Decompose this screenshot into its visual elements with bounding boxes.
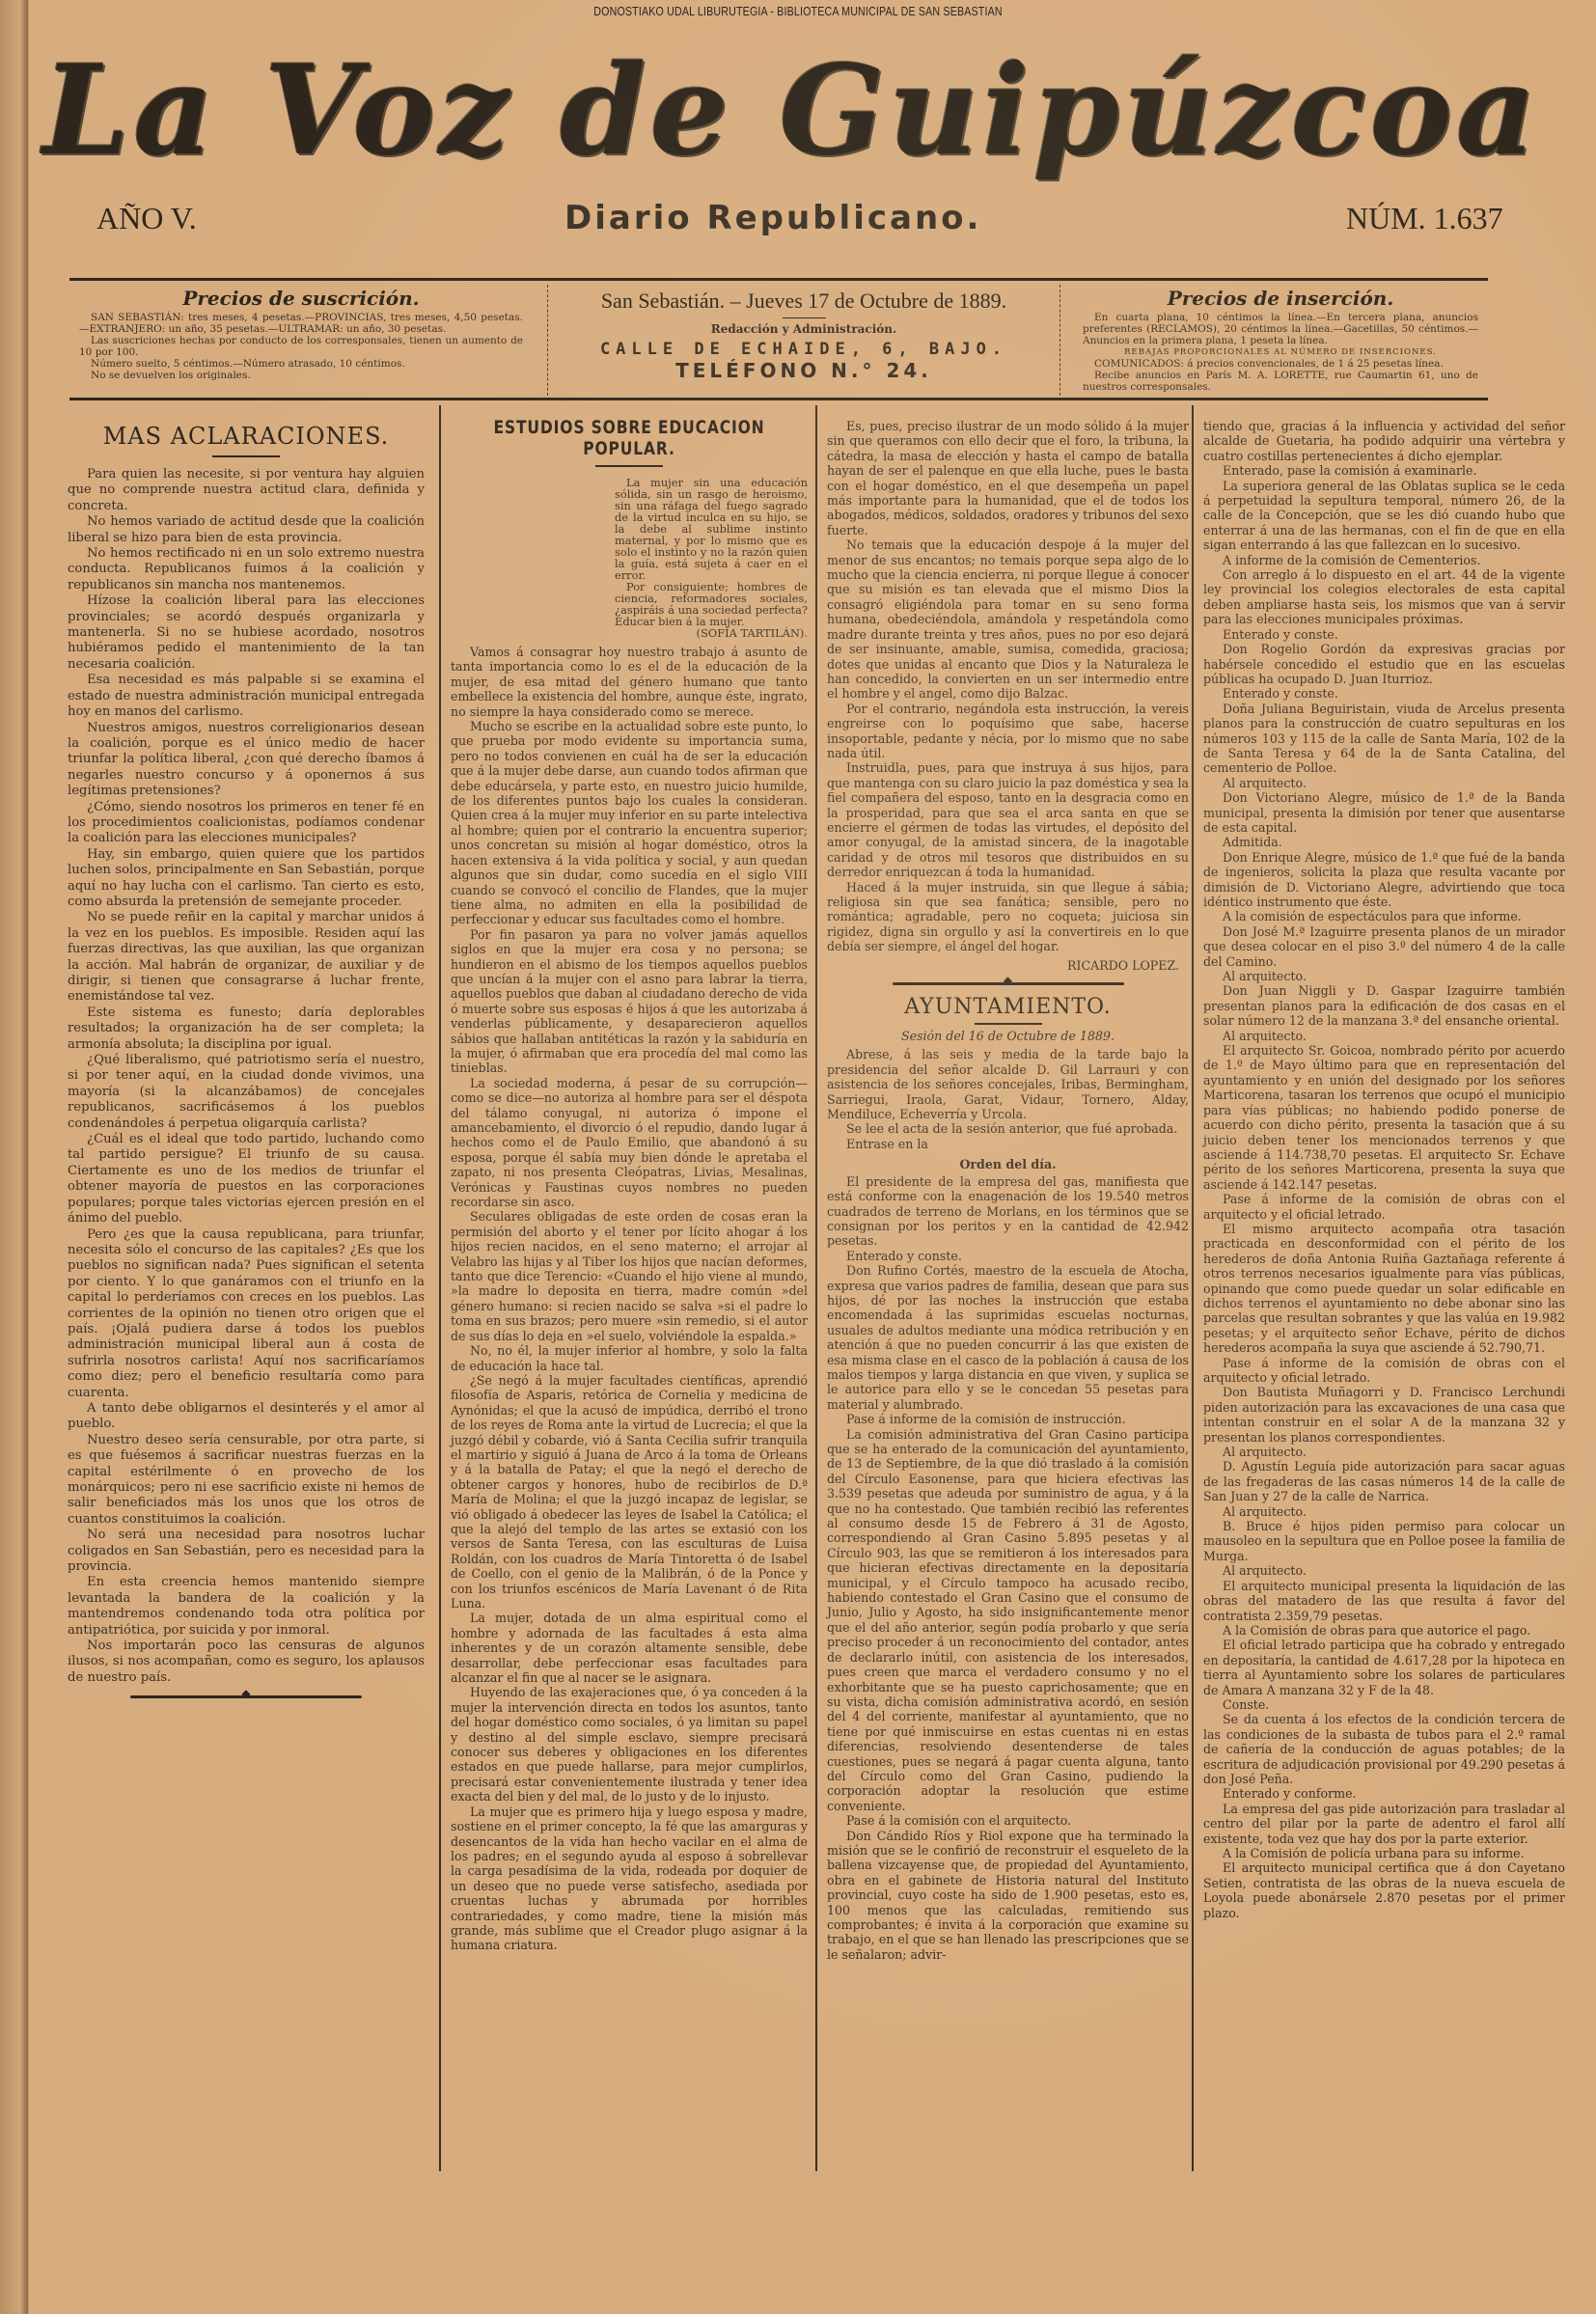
paragraph: A la Comisión de obras para que autorice… [1203, 1623, 1565, 1638]
header-rule-bottom [69, 398, 1488, 400]
subscription-line: Las suscriciones hechas por conducto de … [79, 335, 523, 358]
paragraph: ¿Se negó á la mujer facultades científic… [451, 1373, 808, 1612]
paragraph: Pase á informe de la comisión de obras c… [1203, 1356, 1565, 1386]
paragraph: No, no él, la mujer inferior al hombre, … [451, 1343, 808, 1373]
paragraph: El oficial letrado participa que ha cobr… [1203, 1638, 1565, 1697]
paragraph: Don Rufino Cortés, maestro de la escuela… [827, 1263, 1189, 1412]
issue-number: NÚM. 1.637 [1346, 201, 1503, 236]
epigraph: La mujer sin una educación sólida, sin u… [615, 477, 808, 639]
paragraph: Pero ¿es que la causa republicana, para … [68, 1227, 425, 1401]
paragraph: No será una necesidad para nosotros luch… [68, 1528, 425, 1575]
subscription-line: SAN SEBASTIÁN: tres meses, 4 pesetas.—PR… [79, 312, 523, 335]
paragraph: La mujer que es primero hija y luego esp… [451, 1804, 808, 1953]
paragraph: ¿Qué liberalismo, qué patriotismo sería … [68, 1053, 425, 1132]
paragraph: Por el contrario, negándola esta instruc… [827, 702, 1189, 761]
article-signature: RICARDO LOPEZ. [827, 958, 1179, 973]
insertion-line: Recibe anuncios en París M. A. LORETTE, … [1083, 370, 1478, 393]
paragraph: Instruidla, pues, para que instruya á su… [827, 760, 1189, 879]
paragraph: Don Enrique Alegre, músico de 1.ª que fu… [1203, 850, 1565, 910]
paragraph: Don Victoriano Alegre, músico de 1.ª de … [1203, 790, 1565, 835]
paragraph: Seculares obligadas de este orden de cos… [451, 1209, 808, 1343]
session-date: Sesión del 16 de Octubre de 1889. [827, 1029, 1189, 1043]
insertion-box: Precios de inserción. En cuarta plana, 1… [1073, 285, 1488, 396]
paragraph: Enterado, pase la comisión á examinarle. [1203, 463, 1565, 478]
paragraph: Mucho se escribe en la actualidad sobre … [451, 719, 808, 927]
paragraph: Hízose la coalición liberal para las ele… [68, 593, 425, 673]
article-title: ESTUDIOS SOBRE EDUCACION POPULAR. [482, 417, 775, 459]
paragraph: El arquitecto municipal presenta la liqu… [1203, 1579, 1565, 1623]
info-row: Precios de suscrición. SAN SEBASTIÁN: tr… [69, 285, 1488, 396]
redaccion-label: Redacción y Administración. [548, 322, 1059, 336]
article-title: MAS ACLARACIONES. [68, 423, 425, 450]
paragraph: Al arquitecto. [1203, 1445, 1565, 1459]
paragraph: El arquitecto municipal certifica que á … [1203, 1860, 1565, 1920]
year-label: AÑO V. [96, 201, 197, 236]
paragraph: Abrese, á las seis y media de la tarde b… [827, 1047, 1189, 1121]
paragraph: A la comisión de espectáculos para que i… [1203, 909, 1565, 923]
paragraph: Al arquitecto. [1203, 776, 1565, 790]
subscription-line: No se devuelven los originales. [79, 370, 523, 381]
paragraph: Enterado y conste. [827, 1249, 1189, 1263]
paragraph: No temais que la educación despoje á la … [827, 537, 1189, 701]
header-rule-top [69, 278, 1488, 281]
session-intro: Abrese, á las seis y media de la tarde b… [827, 1047, 1189, 1151]
epigraph-paragraph: La mujer sin una educación sólida, sin u… [615, 477, 808, 581]
insertion-heading: Precios de inserción. [1073, 287, 1488, 310]
divider [212, 455, 280, 457]
paragraph: D. Agustín Leguía pide autorización para… [1203, 1459, 1565, 1503]
paragraph: Nuestros amigos, nuestros correligionari… [68, 721, 425, 800]
paragraph: Nos importarán poco las censuras de algu… [68, 1639, 425, 1686]
paragraph: Para quien las necesite, si por ventura … [68, 467, 425, 514]
divider [975, 1023, 1042, 1025]
masthead: La Voz de Guipúzcoa [39, 39, 1544, 183]
paragraph: Entrase en la [827, 1137, 1189, 1151]
insertion-text: En cuarta plana, 10 céntimos la línea.—E… [1073, 312, 1488, 393]
archive-label: DONOSTIAKO UDAL LIBURUTEGIA - BIBLIOTECA… [144, 4, 1452, 18]
paragraph: Haced á la mujer instruida, sin que lleg… [827, 880, 1189, 954]
address: CALLE DE ECHAIDE, 6, BAJO. [548, 340, 1059, 359]
paragraph: No hemos variado de actitud desde que la… [68, 514, 425, 546]
paragraph: Es, pues, preciso ilustrar de un modo só… [827, 419, 1189, 537]
session-body: El presidente de la empresa del gas, man… [827, 1174, 1189, 1963]
paragraph: Este sistema es funesto; daría deplorabl… [68, 1005, 425, 1053]
article-columns: MAS ACLARACIONES. Para quien las necesit… [48, 405, 1573, 2239]
paragraph: Esa necesidad es más palpable si se exam… [68, 673, 425, 720]
paragraph: Pase á informe de la comisión de obras c… [1203, 1192, 1565, 1222]
paragraph: tiendo que, gracias á la influencia y ac… [1203, 419, 1565, 463]
paragraph: Se da cuenta á los efectos de la condici… [1203, 1712, 1565, 1786]
ornament-divider [130, 1695, 362, 1698]
phone: TELÉFONO N.° 24. [548, 359, 1059, 382]
paragraph: No se puede reñir en la capital y marcha… [68, 910, 425, 1005]
paragraph: Hay, sin embargo, quien quiere que los p… [68, 847, 425, 911]
newspaper-title: La Voz de Guipúzcoa [39, 39, 1544, 183]
paragraph: No hemos rectificado ni en un solo extre… [68, 546, 425, 593]
paragraph: La mujer, dotada de un alma espiritual c… [451, 1611, 808, 1685]
paragraph: Por fin pasaron ya para no volver jamás … [451, 927, 808, 1076]
paragraph: A tanto debe obligarnos el desinterés y … [68, 1401, 425, 1433]
paragraph: Se lee el acta de la sesión anterior, qu… [827, 1121, 1189, 1136]
article-body: Para quien las necesite, si por ventura … [68, 467, 425, 1686]
paragraph: Don Cándido Ríos y Riol expone que ha te… [827, 1829, 1189, 1963]
paragraph: Vamos á consagrar hoy nuestro trabajo á … [451, 645, 808, 719]
paragraph: Pase á la comisión con el arquitecto. [827, 1813, 1189, 1828]
page-spine-edge [0, 0, 29, 2314]
epigraph-paragraph: Por consiguiente; hombres de ciencia, re… [615, 581, 808, 627]
paragraph: Con arreglo á lo dispuesto en el art. 44… [1203, 567, 1565, 627]
paragraph: Conste. [1203, 1697, 1565, 1712]
column-4: tiendo que, gracias á la influencia y ac… [1192, 405, 1565, 2171]
paragraph: Enterado y conste. [1203, 686, 1565, 701]
insertion-line: REBAJAS PROPORCIONALES AL NÚMERO DE INSE… [1083, 346, 1478, 358]
paragraph: B. Bruce é hijos piden permiso para colo… [1203, 1519, 1565, 1563]
center-info-box: San Sebastián. – Jueves 17 de Octubre de… [547, 285, 1060, 396]
article-title: AYUNTAMIENTO. [827, 995, 1189, 1019]
paragraph: En esta creencia hemos mantenido siempre… [68, 1575, 425, 1639]
paragraph: A informe de la comisión de Cementerios. [1203, 553, 1565, 567]
divider [595, 465, 663, 467]
paragraph: Admitida. [1203, 835, 1565, 849]
paragraph: ¿Cuál es el ideal que todo partido, luch… [68, 1132, 425, 1226]
paragraph: Al arquitecto. [1203, 969, 1565, 983]
paragraph: Enterado y conste. [1203, 627, 1565, 642]
paragraph: Pase á informe de la comisión de instruc… [827, 1412, 1189, 1426]
paragraph: Don Rogelio Gordón da expresivas gracias… [1203, 642, 1565, 686]
insertion-line: En cuarta plana, 10 céntimos la línea.—E… [1083, 312, 1478, 346]
column-1: MAS ACLARACIONES. Para quien las necesit… [68, 405, 425, 2171]
paragraph: Al arquitecto. [1203, 1504, 1565, 1519]
paragraph: Don Juan Niggli y D. Gaspar Izaguirre ta… [1203, 983, 1565, 1028]
paragraph: La superiora general de las Oblatas supl… [1203, 479, 1565, 553]
paragraph: La empresa del gas pide autorización par… [1203, 1802, 1565, 1846]
masthead-meta-row: AÑO V. Diario Republicano. NÚM. 1.637 [0, 201, 1596, 249]
article-body: Vamos á consagrar hoy nuestro trabajo á … [451, 645, 808, 1953]
paragraph: El mismo arquitecto acompaña otra tasaci… [1203, 1222, 1565, 1356]
paragraph: Nuestro deseo sería censurable, por otra… [68, 1433, 425, 1528]
insertion-line: COMUNICADOS: á precios convencionales, d… [1083, 358, 1478, 370]
paragraph: Doña Juliana Beguiristain, viuda de Arce… [1203, 702, 1565, 776]
subscription-text: SAN SEBASTIÁN: tres meses, 4 pesetas.—PR… [69, 312, 533, 381]
column-3: Es, pues, preciso ilustrar de un modo só… [815, 405, 1189, 2171]
paragraph: Don José M.ª Izaguirre presenta planos d… [1203, 924, 1565, 969]
paragraph: El presidente de la empresa del gas, man… [827, 1174, 1189, 1249]
paragraph: Enterado y conforme. [1203, 1786, 1565, 1801]
paragraph: Al arquitecto. [1203, 1029, 1565, 1043]
paragraph: Al arquitecto. [1203, 1563, 1565, 1578]
paragraph: La sociedad moderna, á pesar de su corru… [451, 1076, 808, 1210]
orden-del-dia-heading: Orden del día. [827, 1157, 1189, 1171]
paragraph: El arquitecto Sr. Goicoa, nombrado périt… [1203, 1043, 1565, 1192]
divider [783, 317, 826, 318]
paragraph: ¿Cómo, siendo nosotros los primeros en t… [68, 800, 425, 847]
paragraph: La comisión administrativa del Gran Casi… [827, 1427, 1189, 1814]
column-2: ESTUDIOS SOBRE EDUCACION POPULAR. La muj… [439, 405, 808, 2171]
paragraph: A la Comisión de policía urbana para su … [1203, 1846, 1565, 1860]
ornament-divider [893, 982, 1124, 985]
subscription-box: Precios de suscrición. SAN SEBASTIÁN: tr… [69, 285, 533, 396]
subscription-heading: Precios de suscrición. [69, 287, 533, 310]
epigraph-author: (SOFÍA TARTILÁN). [615, 627, 808, 639]
session-body-continued: tiendo que, gracias á la influencia y ac… [1203, 419, 1565, 1920]
paragraph: Don Bautista Muñagorri y D. Francisco Le… [1203, 1385, 1565, 1445]
article-body-continued: Es, pues, preciso ilustrar de un modo só… [827, 419, 1189, 954]
newspaper-subtitle: Diario Republicano. [564, 199, 981, 237]
subscription-line: Número suelto, 5 céntimos.—Número atrasa… [79, 358, 523, 370]
publication-date: San Sebastián. – Jueves 17 de Octubre de… [548, 289, 1059, 314]
paragraph: Huyendo de las exajeraciones que, ó ya c… [451, 1685, 808, 1804]
